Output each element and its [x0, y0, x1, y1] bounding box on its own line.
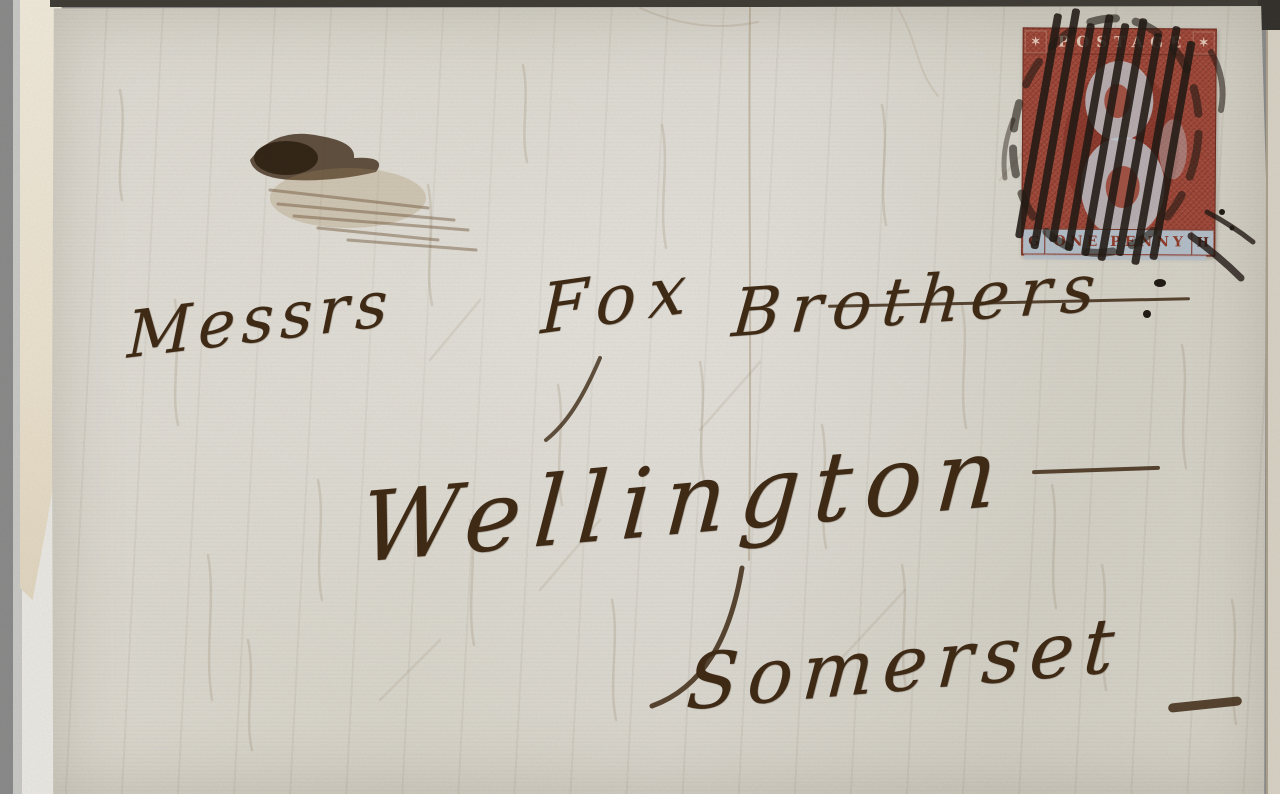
paper-top-edge-shadow	[50, 0, 1274, 7]
stamp-bottom-band: G ONE PENNY H	[1023, 228, 1213, 254]
queen-portrait-engraving	[1022, 28, 1218, 257]
penny-red-stamp: ✶ POSTAGE ✶ G ONE PENNY H	[1021, 27, 1217, 256]
stamp-postage-label: POSTAGE	[1047, 32, 1193, 51]
check-letter-right: H	[1191, 231, 1213, 254]
stamp-top-band: ✶ POSTAGE ✶	[1025, 29, 1215, 55]
stamp-denomination-label: ONE PENNY	[1045, 233, 1191, 250]
star-ornament-icon: ✶	[1025, 30, 1047, 53]
paper-right-edge	[1266, 6, 1280, 794]
check-letter-left: G	[1023, 230, 1045, 253]
photograph-of-postal-cover: Messrs Fox Brothers Wellington Somerset …	[0, 0, 1280, 794]
star-ornament-icon: ✶	[1193, 31, 1215, 54]
ink-smudge	[228, 112, 498, 272]
